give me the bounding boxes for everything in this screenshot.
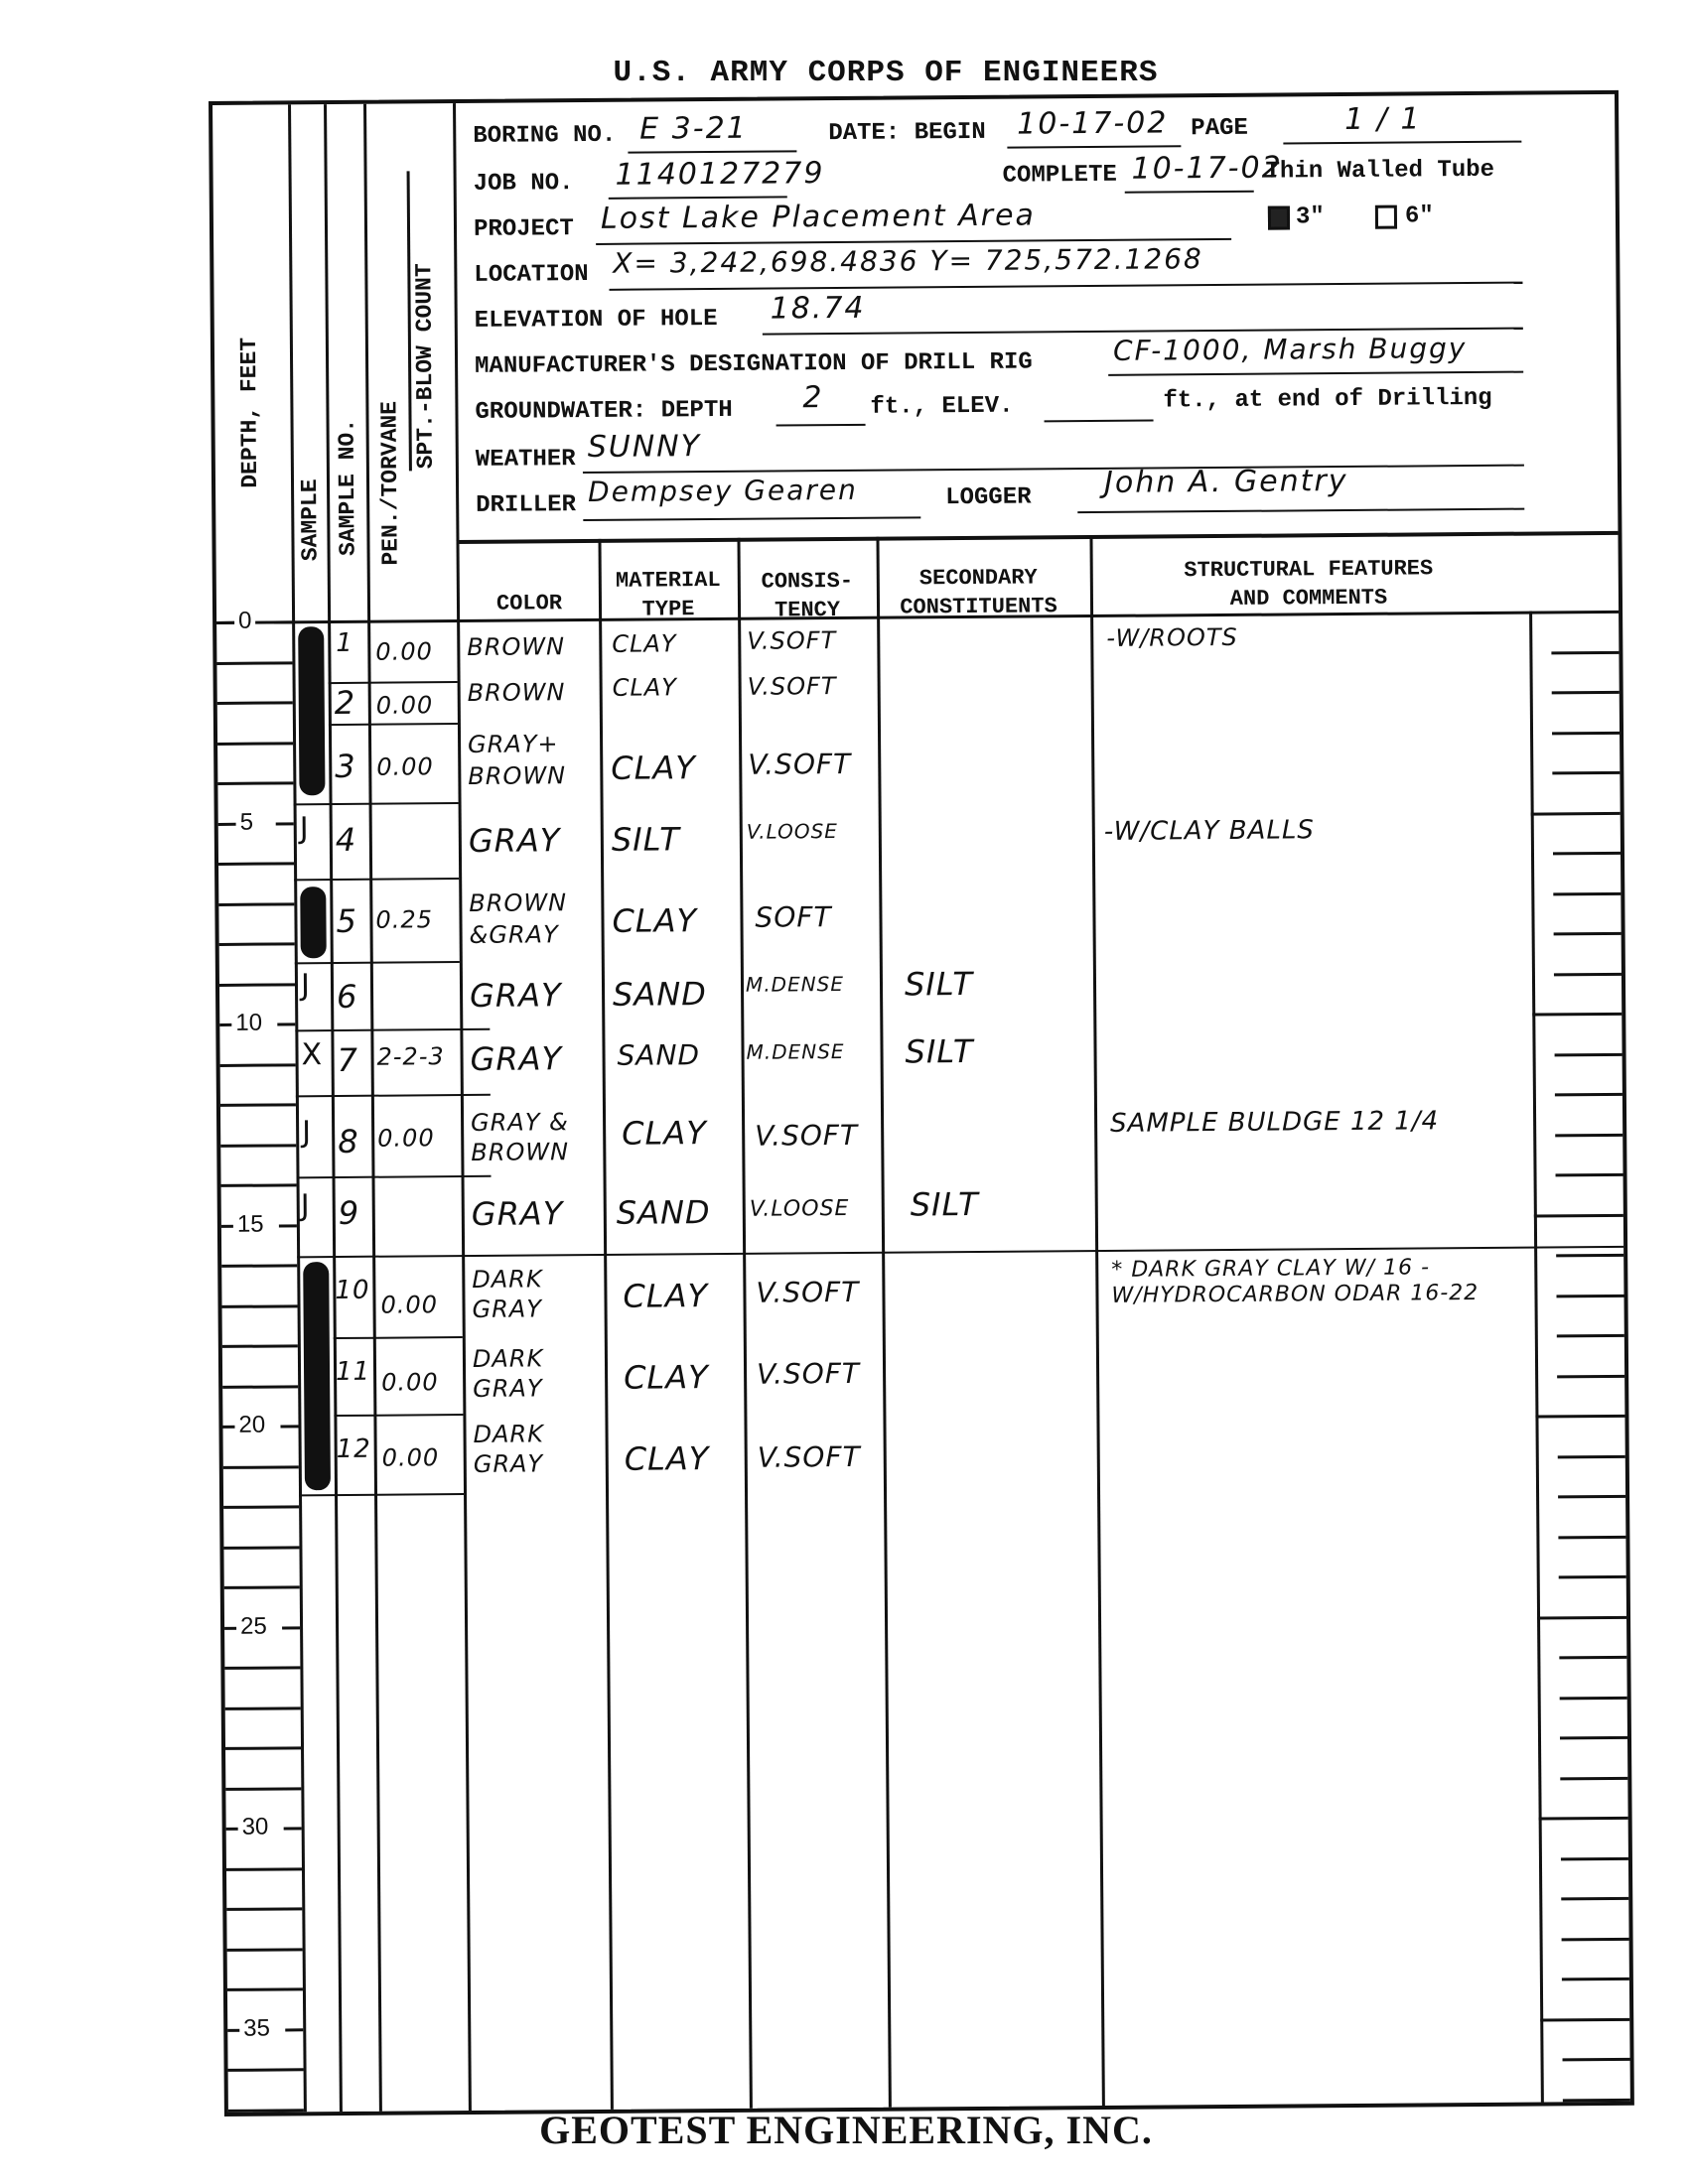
project-label: PROJECT: [474, 215, 574, 243]
right-depth-tick: [1558, 1535, 1625, 1539]
secondary-9: SILT: [911, 1185, 979, 1224]
secondary-7: SILT: [905, 1032, 973, 1071]
color-7: GRAY: [470, 1039, 562, 1078]
depth-tick: [220, 1144, 296, 1148]
right-depth-scale-divider: [1529, 612, 1544, 2103]
sample-no-5: 5: [336, 902, 357, 940]
depth-tick: [223, 1505, 299, 1509]
material-8: CLAY: [622, 1114, 707, 1153]
right-depth-tick: [1555, 1052, 1622, 1056]
material-6: SAND: [613, 975, 707, 1014]
right-depth-tick: [1556, 1294, 1623, 1297]
depth-tick: [226, 1907, 302, 1911]
logger-label: LOGGER: [945, 484, 1032, 512]
date-begin-label: DATE: BEGIN: [828, 119, 986, 147]
pen-value-2: 0.00: [376, 691, 434, 719]
depth-tick: [227, 1987, 303, 1991]
color-5: BROWN &GRAY: [469, 887, 593, 951]
material-5: CLAY: [612, 901, 697, 940]
depth-tick: [225, 1706, 301, 1710]
date-begin-underline: [1007, 145, 1181, 148]
right-depth-tick: [1553, 891, 1621, 895]
consistency-3: V.SOFT: [748, 748, 851, 781]
depth-tick: [217, 781, 293, 785]
depth-label-10: 10: [231, 1010, 266, 1037]
right-depth-tick: [1553, 852, 1621, 856]
sample-marker-4: J: [300, 811, 311, 846]
groundwater-elev-underline: [1045, 420, 1154, 423]
depth-major-tick: [216, 621, 234, 624]
drill-rig-value[interactable]: CF-1000, Marsh Buggy: [1113, 332, 1468, 367]
depth-tick: [220, 1063, 296, 1067]
pen-value-5: 0.25: [375, 905, 433, 933]
depth-label-30: 30: [238, 1814, 273, 1842]
tube-3in-checkbox[interactable]: [1268, 205, 1290, 229]
depth-label-0: 0: [234, 608, 256, 635]
sample-no-column-label: SAMPLE NO.: [333, 268, 360, 556]
material-4: SILT: [612, 820, 680, 859]
divider-secondary-comments: [1089, 535, 1104, 2106]
right-depth-tick: [1558, 1454, 1625, 1458]
complete-value[interactable]: 10-17-02: [1131, 151, 1282, 187]
depth-tick: [219, 983, 295, 987]
comment-1: -W/ROOTS: [1106, 623, 1238, 652]
sample-no-1: 1: [336, 628, 353, 658]
pen-torvane-label: PEN./TORVANE: [375, 222, 404, 565]
sample-no-9: 9: [339, 1194, 360, 1232]
thin-walled-tube-label: Thin Walled Tube: [1265, 157, 1494, 186]
driller-label: DRILLER: [476, 491, 576, 519]
sample-marker-10-12: [303, 1262, 331, 1490]
groundwater-depth-underline: [776, 424, 866, 427]
depth-major-tick: [274, 620, 292, 623]
row-rule-2: [329, 723, 458, 726]
right-depth-tick: [1557, 1374, 1624, 1378]
right-depth-tick: [1552, 771, 1620, 775]
sample-no-3: 3: [335, 748, 356, 785]
color-4: GRAY: [469, 821, 561, 860]
right-depth-tick: [1539, 1817, 1628, 1821]
sample-no-12: 12: [337, 1434, 371, 1464]
depth-tick: [223, 1465, 299, 1469]
logger-underline: [1077, 508, 1524, 514]
right-depth-tick: [1535, 1415, 1624, 1419]
material-10: CLAY: [623, 1277, 708, 1315]
sample-no-2: 2: [335, 684, 356, 722]
sample-column-label: SAMPLE: [296, 323, 324, 561]
material-2: CLAY: [613, 673, 677, 702]
sample-marker-6: J: [301, 968, 312, 1003]
groundwater-label: GROUNDWATER: DEPTH: [475, 397, 732, 426]
project-value[interactable]: Lost Lake Placement Area: [601, 198, 1036, 235]
comment-10: * DARK GRAY CLAY W/ 16 -W/HYDROCARBON OD…: [1111, 1255, 1528, 1309]
color-3: GRAY+ BROWN: [468, 728, 592, 792]
date-begin-value[interactable]: 10-17-02: [1017, 105, 1168, 141]
depth-major-tick: [284, 1827, 302, 1830]
logger-value[interactable]: John A. Gentry: [1104, 464, 1348, 500]
row-rule-11: [334, 1414, 463, 1417]
depth-tick: [217, 701, 293, 705]
depth-tick: [217, 742, 293, 746]
sample-no-8: 8: [338, 1123, 359, 1160]
material-1: CLAY: [612, 629, 676, 658]
row-rule-3: [294, 802, 459, 805]
depth-tick: [220, 1103, 296, 1107]
sample-marker-7: X: [301, 1037, 324, 1072]
depth-major-tick: [280, 1425, 298, 1428]
right-depth-tick: [1562, 1978, 1629, 1981]
tube-6in-label: 6": [1405, 203, 1434, 229]
consistency-5: SOFT: [755, 900, 831, 934]
pen-value-12: 0.00: [382, 1443, 440, 1471]
right-depth-tick: [1561, 1897, 1628, 1901]
depth-major-tick: [276, 822, 294, 825]
depth-label-25: 25: [236, 1613, 271, 1641]
right-depth-tick: [1556, 1254, 1623, 1258]
elevation-value[interactable]: 18.74: [771, 291, 866, 327]
depth-tick: [222, 1304, 298, 1308]
depth-tick: [226, 1867, 302, 1871]
depth-label-35: 35: [239, 2015, 274, 2043]
right-depth-tick: [1560, 1736, 1627, 1740]
right-depth-tick: [1563, 2098, 1630, 2102]
depth-major-tick: [218, 822, 236, 825]
depth-tick: [216, 661, 292, 665]
consistency-9: V.LOOSE: [750, 1196, 850, 1222]
right-depth-tick: [1552, 731, 1620, 735]
right-depth-tick: [1561, 1856, 1628, 1860]
color-9: GRAY: [472, 1194, 564, 1233]
drill-rig-label: MANUFACTURER'S DESIGNATION OF DRILL RIG: [475, 348, 1033, 379]
col-header-color: COLOR: [460, 589, 599, 618]
sample-marker-1-3: [298, 626, 325, 795]
boring-no-value[interactable]: E 3-21: [639, 111, 748, 147]
weather-label: WEATHER: [476, 446, 576, 474]
right-depth-tick: [1562, 1937, 1629, 1941]
right-depth-tick: [1537, 1615, 1626, 1619]
right-depth-tick: [1531, 811, 1621, 815]
depth-label-20: 20: [234, 1412, 269, 1439]
spt-blow-count-label: SPT.-BLOW COUNT: [411, 171, 439, 469]
pen-value-8: 0.00: [377, 1124, 435, 1152]
depth-tick: [224, 1666, 300, 1670]
col-header-material: MATERIAL TYPE: [599, 566, 738, 624]
depth-tick: [218, 902, 294, 906]
location-value[interactable]: X= 3,242,698.4836 Y= 725,572.1268: [613, 242, 1203, 280]
sample-marker-5: [300, 887, 327, 958]
location-label: LOCATION: [474, 261, 588, 289]
depth-label-5: 5: [236, 809, 258, 837]
material-11: CLAY: [624, 1358, 709, 1397]
row-rule-12: [299, 1493, 464, 1496]
consistency-1: V.SOFT: [747, 626, 836, 655]
consistency-7: M.DENSE: [746, 1039, 844, 1064]
right-depth-tick: [1554, 972, 1621, 976]
consistency-8: V.SOFT: [755, 1119, 858, 1153]
pen-value-7: 2-2-3: [376, 1042, 444, 1071]
consistency-6: M.DENSE: [746, 972, 844, 997]
right-depth-tick: [1555, 1133, 1622, 1137]
right-depth-tick: [1540, 2017, 1629, 2021]
material-12: CLAY: [625, 1439, 710, 1478]
boring-log-form: DEPTH, FEET SAMPLE SAMPLE NO. PEN./TORVA…: [209, 90, 1634, 2116]
groundwater-elev-label: ft., ELEV.: [870, 393, 1013, 421]
right-depth-tick: [1559, 1575, 1626, 1579]
job-no-underline: [609, 196, 787, 199]
depth-tick: [222, 1344, 298, 1348]
driller-value[interactable]: Dempsey Gearen: [588, 474, 858, 508]
agency-title: U.S. ARMY CORPS OF ENGINEERS: [0, 56, 1692, 90]
row-rule-4: [294, 878, 459, 881]
sample-no-4: 4: [336, 821, 357, 859]
depth-major-tick: [277, 1023, 295, 1025]
depth-column-label: DEPTH, FEET: [235, 264, 263, 562]
drill-rig-underline: [1108, 371, 1523, 376]
comment-8: SAMPLE BULDGE 12 1/4: [1110, 1106, 1439, 1139]
right-depth-tick: [1552, 691, 1620, 695]
depth-tick: [218, 862, 294, 866]
right-depth-tick: [1563, 2058, 1630, 2062]
right-depth-tick: [1558, 1495, 1625, 1499]
right-depth-tick: [1554, 932, 1621, 936]
row-rule-5: [295, 961, 460, 964]
job-no-value[interactable]: 1140127279: [615, 156, 824, 193]
depth-major-tick: [285, 2028, 303, 2031]
pen-value-10: 0.00: [380, 1291, 438, 1318]
company-footer: GEOTEST ENGINEERING, INC.: [0, 2107, 1692, 2153]
color-11: DARK GRAY: [473, 1343, 597, 1404]
divider-pen-main: [453, 103, 472, 2111]
consistency-2: V.SOFT: [748, 672, 837, 701]
right-depth-tick: [1556, 1173, 1623, 1177]
tube-6in-checkbox[interactable]: [1375, 205, 1397, 229]
color-2: BROWN: [468, 678, 566, 707]
color-10: DARK GRAY: [472, 1264, 596, 1324]
sample-no-7: 7: [337, 1041, 358, 1079]
weather-underline: [583, 465, 1524, 474]
depth-tick: [225, 1746, 301, 1750]
right-depth-tick: [1555, 1093, 1622, 1097]
color-1: BROWN: [467, 632, 565, 661]
consistency-12: V.SOFT: [758, 1440, 861, 1474]
material-7: SAND: [617, 1038, 700, 1072]
consistency-11: V.SOFT: [757, 1357, 860, 1391]
color-8: GRAY & BROWN: [471, 1107, 595, 1167]
right-depth-tick: [1534, 1213, 1623, 1217]
depth-tick: [219, 942, 295, 946]
sample-marker-9: J: [301, 1188, 312, 1223]
page-value[interactable]: 1 / 1: [1344, 101, 1422, 137]
comment-4: -W/CLAY BALLS: [1104, 815, 1315, 847]
groundwater-end-label: ft., at end of Drilling: [1163, 385, 1491, 415]
sample-no-11: 11: [336, 1357, 370, 1387]
depth-tick: [223, 1546, 299, 1550]
sample-no-10: 10: [335, 1276, 369, 1305]
right-depth-tick: [1557, 1334, 1624, 1338]
right-depth-tick: [1551, 650, 1619, 654]
col-header-secondary: SECONDARY CONSTITUENTS: [877, 563, 1080, 622]
weather-value[interactable]: SUNNY: [588, 429, 701, 465]
location-underline: [609, 282, 1522, 291]
color-6: GRAY: [470, 976, 562, 1015]
driller-underline: [583, 516, 920, 521]
pen-value-1: 0.00: [375, 637, 433, 665]
divider-consistency-secondary: [876, 537, 891, 2108]
right-depth-tick: [1532, 1013, 1621, 1017]
complete-label: COMPLETE: [1003, 162, 1117, 190]
boring-no-label: BORING NO.: [473, 122, 616, 150]
page-label: PAGE: [1191, 115, 1248, 142]
tube-3in-label: 3": [1296, 204, 1325, 230]
depth-tick: [224, 1585, 300, 1589]
sample-no-6: 6: [337, 978, 358, 1016]
boring-no-underline: [628, 150, 796, 153]
secondary-6: SILT: [905, 965, 973, 1004]
depth-label-15: 15: [233, 1211, 268, 1239]
header-bottom-rule: [456, 531, 1618, 544]
material-9: SAND: [617, 1193, 711, 1232]
depth-tick: [225, 1787, 301, 1791]
depth-major-tick: [282, 1626, 300, 1629]
right-depth-tick: [1560, 1696, 1627, 1700]
col-header-comments: STRUCTURAL FEATURES AND COMMENTS: [1090, 554, 1527, 614]
consistency-4: V.LOOSE: [747, 819, 838, 844]
job-no-label: JOB NO.: [474, 170, 574, 198]
elevation-label: ELEVATION OF HOLE: [475, 306, 718, 335]
depth-tick: [221, 1183, 297, 1187]
depth-major-tick: [279, 1224, 297, 1227]
complete-underline: [1125, 191, 1254, 194]
depth-tick: [227, 1948, 303, 1952]
right-depth-tick: [1560, 1776, 1627, 1780]
groundwater-depth-value[interactable]: 2: [802, 380, 823, 415]
pen-value-11: 0.00: [381, 1368, 439, 1396]
page-underline: [1283, 141, 1521, 145]
right-depth-tick: [1559, 1656, 1626, 1660]
material-3: CLAY: [611, 749, 696, 787]
color-12: DARK GRAY: [473, 1419, 597, 1479]
row-rule-10: [334, 1336, 463, 1339]
pen-value-3: 0.00: [376, 752, 434, 780]
sample-marker-8: J: [302, 1115, 313, 1150]
depth-tick: [228, 2068, 304, 2072]
depth-tick: [222, 1385, 298, 1389]
depth-tick: [221, 1264, 297, 1268]
consistency-10: V.SOFT: [756, 1276, 859, 1309]
